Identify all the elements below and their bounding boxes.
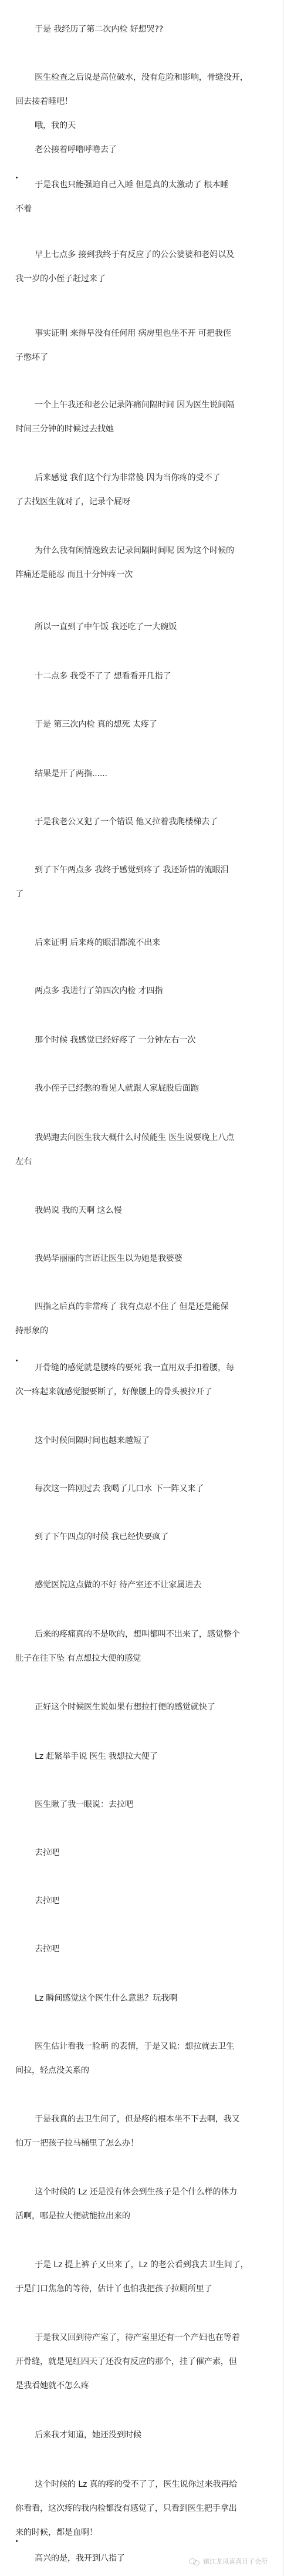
paragraph-line: 两点多 我进行了第四次内检 才四指 (15, 979, 272, 1003)
paragraph: 结果是开了两指...... (15, 762, 272, 786)
paragraph: 开骨缝的感觉就是腰疼的要死 我一直用双手扣着腰，每次一疼起来就感觉腰要断了，好像… (15, 1356, 272, 1404)
paragraph: 为什么我有闲情逸致去记录间隔时间呢 因为这个时候的阵痛还是能忍 而且十分钟疼一次 (15, 539, 272, 587)
paragraph-line: 后来感觉 我们这个行为非常傻 因为当你疼的受不了 (15, 466, 272, 490)
paragraph-line: 于是门口焦急的等待，估计丫也怕我把孩子拉厕所里了 (15, 2277, 272, 2301)
paragraph: 正好这个时候医生说如果有想拉打便的感觉就快了 (15, 1695, 272, 1719)
paragraph-line: 是我看她就不怎么疼 (15, 2374, 272, 2398)
paragraph: 四指之后真的非常疼了 我有点忍不住了 但是还是能保持形象的 (15, 1295, 272, 1343)
paragraph-line: 于是我又回到待产室了，待产室里还有一个产妇也在等着 (15, 2326, 272, 2350)
paragraph: 我妈华丽丽的言语让医生以为她是我婆婆 (15, 1247, 272, 1271)
paragraph-line: 后来证明 后来疼的眼泪都流不出来 (15, 931, 272, 955)
paragraph-line: 于是我老公又犯了一个错误 他又拉着我爬楼梯去了 (15, 810, 272, 834)
paragraph: 于是我真的去卫生间了，但是疼的根本坐不下去啊，我又怕万一把孩子拉马桶里了怎么办！ (15, 2108, 272, 2156)
paragraph: 这个时候间隔时间也越来越短了 (15, 1429, 272, 1453)
paragraph-line: 于是我也只能强迫自己入睡 但是真的太激动了 根本睡 (15, 173, 272, 197)
paragraph-line: 开骨缝的感觉就是腰疼的要死 我一直用双手扣着腰，每 (15, 1356, 272, 1380)
paragraph-line: 我一岁的小侄子赶过来了 (15, 267, 272, 291)
paragraph: 早上七点多 接到我终于有反应了的公公婆婆和老妈以及我一岁的小侄子赶过来了 (15, 243, 272, 291)
paragraph: Lz 瞬间感觉这个医生什么意思？玩我啊 (15, 1987, 272, 2011)
paragraph: 后来证明 后来疼的眼泪都流不出来 (15, 931, 272, 955)
paragraph-line: 开骨缝，就是见红四天了还没有反应的那个，挂了催产素，但 (15, 2350, 272, 2374)
paragraph-line: 去拉吧 (15, 1937, 272, 1961)
paragraph-line: 那个时候 我感觉已经好疼了 一分钟左右一次 (15, 1029, 272, 1053)
paragraph-line: 左右 (15, 1150, 272, 1174)
paragraph: 两点多 我进行了第四次内检 才四指 (15, 979, 272, 1003)
paragraph: Lz 赶紧举手说 医生 我想拉大便了 (15, 1745, 272, 1769)
paragraph-line: 于是 我经历了第二次内检 好想哭?? (15, 18, 272, 42)
paragraph: 于是我又回到待产室了，待产室里还有一个产妇也在等着开骨缝，就是见红四天了还没有反… (15, 2326, 272, 2398)
paragraph-line: 时间三分钟的时候过去找她 (15, 417, 272, 441)
paragraph-line: 这个时候的 Lz 还是没有体会到生孩子是个什么样的体力 (15, 2180, 272, 2204)
stray-dot (16, 177, 18, 178)
paragraph-line: 为什么我有闲情逸致去记录间隔时间呢 因为这个时候的 (15, 539, 272, 563)
paragraph: 医生瞅了我一眼说：去拉吧 (15, 1793, 272, 1817)
paragraph-line: 十二点多 我受不了了 想看看开几指了 (15, 665, 272, 689)
paragraph: 我妈跑去问医生我大概什么时候能生 医生说要晚上八点左右 (15, 1126, 272, 1174)
paragraph: 去拉吧 (15, 1937, 272, 1961)
paragraph: 我小侄子已经憋的看见人就跟人家屁股后面跑 (15, 1077, 272, 1101)
paragraph-line: 一个上午我还和老公记录阵痛间隔时间 因为医生说间隔 (15, 393, 272, 417)
paragraph-line: 医生瞅了我一眼说：去拉吧 (15, 1793, 272, 1817)
paragraph-line: 后来的疼痛真的不是吹的，想叫都叫不出来了，感觉整个 (15, 1623, 272, 1647)
paragraph-line: 早上七点多 接到我终于有反应了的公公婆婆和老妈以及 (15, 243, 272, 267)
paragraph: 到了下午四点的时候 我已经快要疯了 (15, 1525, 272, 1549)
paragraph-line: 所以一直到了中午饭 我还吃了一大碗饭 (15, 615, 272, 639)
paragraph: 感觉医院这点做的不好 待产室还不让家属进去 (15, 1573, 272, 1597)
paragraph-line: 了 (15, 882, 272, 906)
paragraph: 每次这一阵刚过去 我喝了几口水 下一阵又来了 (15, 1477, 272, 1501)
paragraph-line: 我妈说 我的天啊 这么慢 (15, 1199, 272, 1223)
paragraph: 医生检查之后说是高位破水，没有危险和影响，骨缝没开，回去接着睡吧！ (15, 66, 272, 114)
document-page: 于是 我经历了第二次内检 好想哭??医生检查之后说是高位破水，没有危险和影响，骨… (0, 0, 283, 2576)
paragraph-line: 医生估计看我一脸萌 的表情，于是又说：想拉就去卫生 (15, 2035, 272, 2059)
paragraph-line: 间拉，轻点没关系的 (15, 2059, 272, 2083)
paragraph-line: 肚子在往下坠 有点想拉大便的感觉 (15, 1647, 272, 1671)
stray-dot (16, 2540, 18, 2542)
paragraph: 于是我也只能强迫自己入睡 但是真的太激动了 根本睡不着 (15, 173, 272, 221)
paragraph: 老公接着呼噜呼噜去了 (15, 138, 272, 162)
paragraph-line: 子憋坏了 (15, 346, 272, 370)
wechat-icon (189, 2558, 201, 2565)
paragraph: 我妈说 我的天啊 这么慢 (15, 1199, 272, 1223)
paragraph-line: 我妈跑去问医生我大概什么时候能生 医生说要晚上八点 (15, 1126, 272, 1150)
stray-dot (16, 1360, 18, 1361)
paragraph-line: 去拉吧 (15, 1889, 272, 1913)
paragraph-line: 阵痛还是能忍 而且十分钟疼一次 (15, 563, 272, 587)
paragraph-line: 老公接着呼噜呼噜去了 (15, 138, 272, 162)
paragraph: 于是 Lz 提上裤子又出来了，Lz 的老公看到我去卫生间了，于是门口焦急的等待，… (15, 2253, 272, 2301)
paragraph-line: 于是我真的去卫生间了，但是疼的根本坐不下去啊，我又 (15, 2108, 272, 2132)
paragraph: 后来的疼痛真的不是吹的，想叫都叫不出来了，感觉整个肚子在往下坠 有点想拉大便的感… (15, 1623, 272, 1671)
paragraph-line: 结果是开了两指...... (15, 762, 272, 786)
paragraph-line: 我妈华丽丽的言语让医生以为她是我婆婆 (15, 1247, 272, 1271)
paragraph-line: 正好这个时候医生说如果有想拉打便的感觉就快了 (15, 1695, 272, 1719)
paragraph: 去拉吧 (15, 1889, 272, 1913)
paragraph-line: 次一疼起来就感觉腰要断了，好像腰上的骨头被拉开了 (15, 1380, 272, 1404)
paragraph: 后来感觉 我们这个行为非常傻 因为当你疼的受不了了去找医生就对了，记录个屁呀 (15, 466, 272, 514)
paragraph-line: Lz 瞬间感觉这个医生什么意思？玩我啊 (15, 1987, 272, 2011)
paragraph-line: 这个时候间隔时间也越来越短了 (15, 1429, 272, 1453)
paragraph-line: 到了下午四点的时候 我已经快要疯了 (15, 1525, 272, 1549)
paragraph-line: 回去接着睡吧！ (15, 90, 272, 114)
paragraph-line: 事实证明 来得早没有任何用 病房里也坐不开 可把我侄 (15, 322, 272, 346)
paragraph: 后来我才知道，她还没到时候 (15, 2423, 272, 2447)
paragraph: 于是 第三次内检 真的想死 太疼了 (15, 713, 272, 737)
paragraph-line: 感觉医院这点做的不好 待产室还不让家属进去 (15, 1573, 272, 1597)
paragraph-line: 了去找医生就对了，记录个屁呀 (15, 490, 272, 514)
paragraph: 去拉吧 (15, 1841, 272, 1865)
paragraph-line: 持形象的 (15, 1319, 272, 1343)
paragraph-line: 医生检查之后说是高位破水，没有危险和影响，骨缝没开， (15, 66, 272, 90)
paragraph: 这个时候的 Lz 还是没有体会到生孩子是个什么样的体力活啊，哪是拉大便就能拉出来… (15, 2180, 272, 2228)
paragraph: 于是 我经历了第二次内检 好想哭?? (15, 18, 272, 42)
watermark-text: 镇江龙凤喜喜月子会所 (203, 2557, 268, 2566)
paragraph-line: 来的时候，都是血啊！ (15, 2521, 272, 2545)
paragraph: 于是我老公又犯了一个错误 他又拉着我爬楼梯去了 (15, 810, 272, 834)
paragraph-line: 于是 Lz 提上裤子又出来了，Lz 的老公看到我去卫生间了， (15, 2253, 272, 2277)
paragraph-line: 活啊，哪是拉大便就能拉出来的 (15, 2204, 272, 2228)
paragraph-line: 不着 (15, 197, 272, 221)
paragraph: 事实证明 来得早没有任何用 病房里也坐不开 可把我侄子憋坏了 (15, 322, 272, 370)
paragraph-line: 我小侄子已经憋的看见人就跟人家屁股后面跑 (15, 1077, 272, 1101)
paragraph: 所以一直到了中午饭 我还吃了一大碗饭 (15, 615, 272, 639)
paragraph: 到了下午两点多 我终于感觉到疼了 我还矫情的流眼泪了 (15, 858, 272, 906)
paragraph-line: 你看看，这次疼的我内检都没有感觉了，只看到医生把手拿出 (15, 2497, 272, 2521)
paragraph: 哦，我的天 (15, 114, 272, 138)
paragraph-line: 到了下午两点多 我终于感觉到疼了 我还矫情的流眼泪 (15, 858, 272, 882)
paragraph-line: 怕万一把孩子拉马桶里了怎么办！ (15, 2132, 272, 2156)
paragraph-line: 哦，我的天 (15, 114, 272, 138)
paragraph: 一个上午我还和老公记录阵痛间隔时间 因为医生说间隔时间三分钟的时候过去找她 (15, 393, 272, 441)
paragraph-line: Lz 赶紧举手说 医生 我想拉大便了 (15, 1745, 272, 1769)
paragraph: 这个时候的 Lz 真的疼的受不了了，医生说你过来我再给你看看，这次疼的我内检都没… (15, 2473, 272, 2545)
paragraph: 那个时候 我感觉已经好疼了 一分钟左右一次 (15, 1029, 272, 1053)
paragraph-line: 去拉吧 (15, 1841, 272, 1865)
paragraph-line: 后来我才知道，她还没到时候 (15, 2423, 272, 2447)
paragraph-line: 四指之后真的非常疼了 我有点忍不住了 但是还是能保 (15, 1295, 272, 1319)
paragraph: 十二点多 我受不了了 想看看开几指了 (15, 665, 272, 689)
paragraph-line: 于是 第三次内检 真的想死 太疼了 (15, 713, 272, 737)
paragraph-line: 每次这一阵刚过去 我喝了几口水 下一阵又来了 (15, 1477, 272, 1501)
watermark: 镇江龙凤喜喜月子会所 (189, 2557, 268, 2566)
paragraph-line: 这个时候的 Lz 真的疼的受不了了，医生说你过来我再给 (15, 2473, 272, 2497)
paragraph: 医生估计看我一脸萌 的表情，于是又说：想拉就去卫生间拉，轻点没关系的 (15, 2035, 272, 2083)
